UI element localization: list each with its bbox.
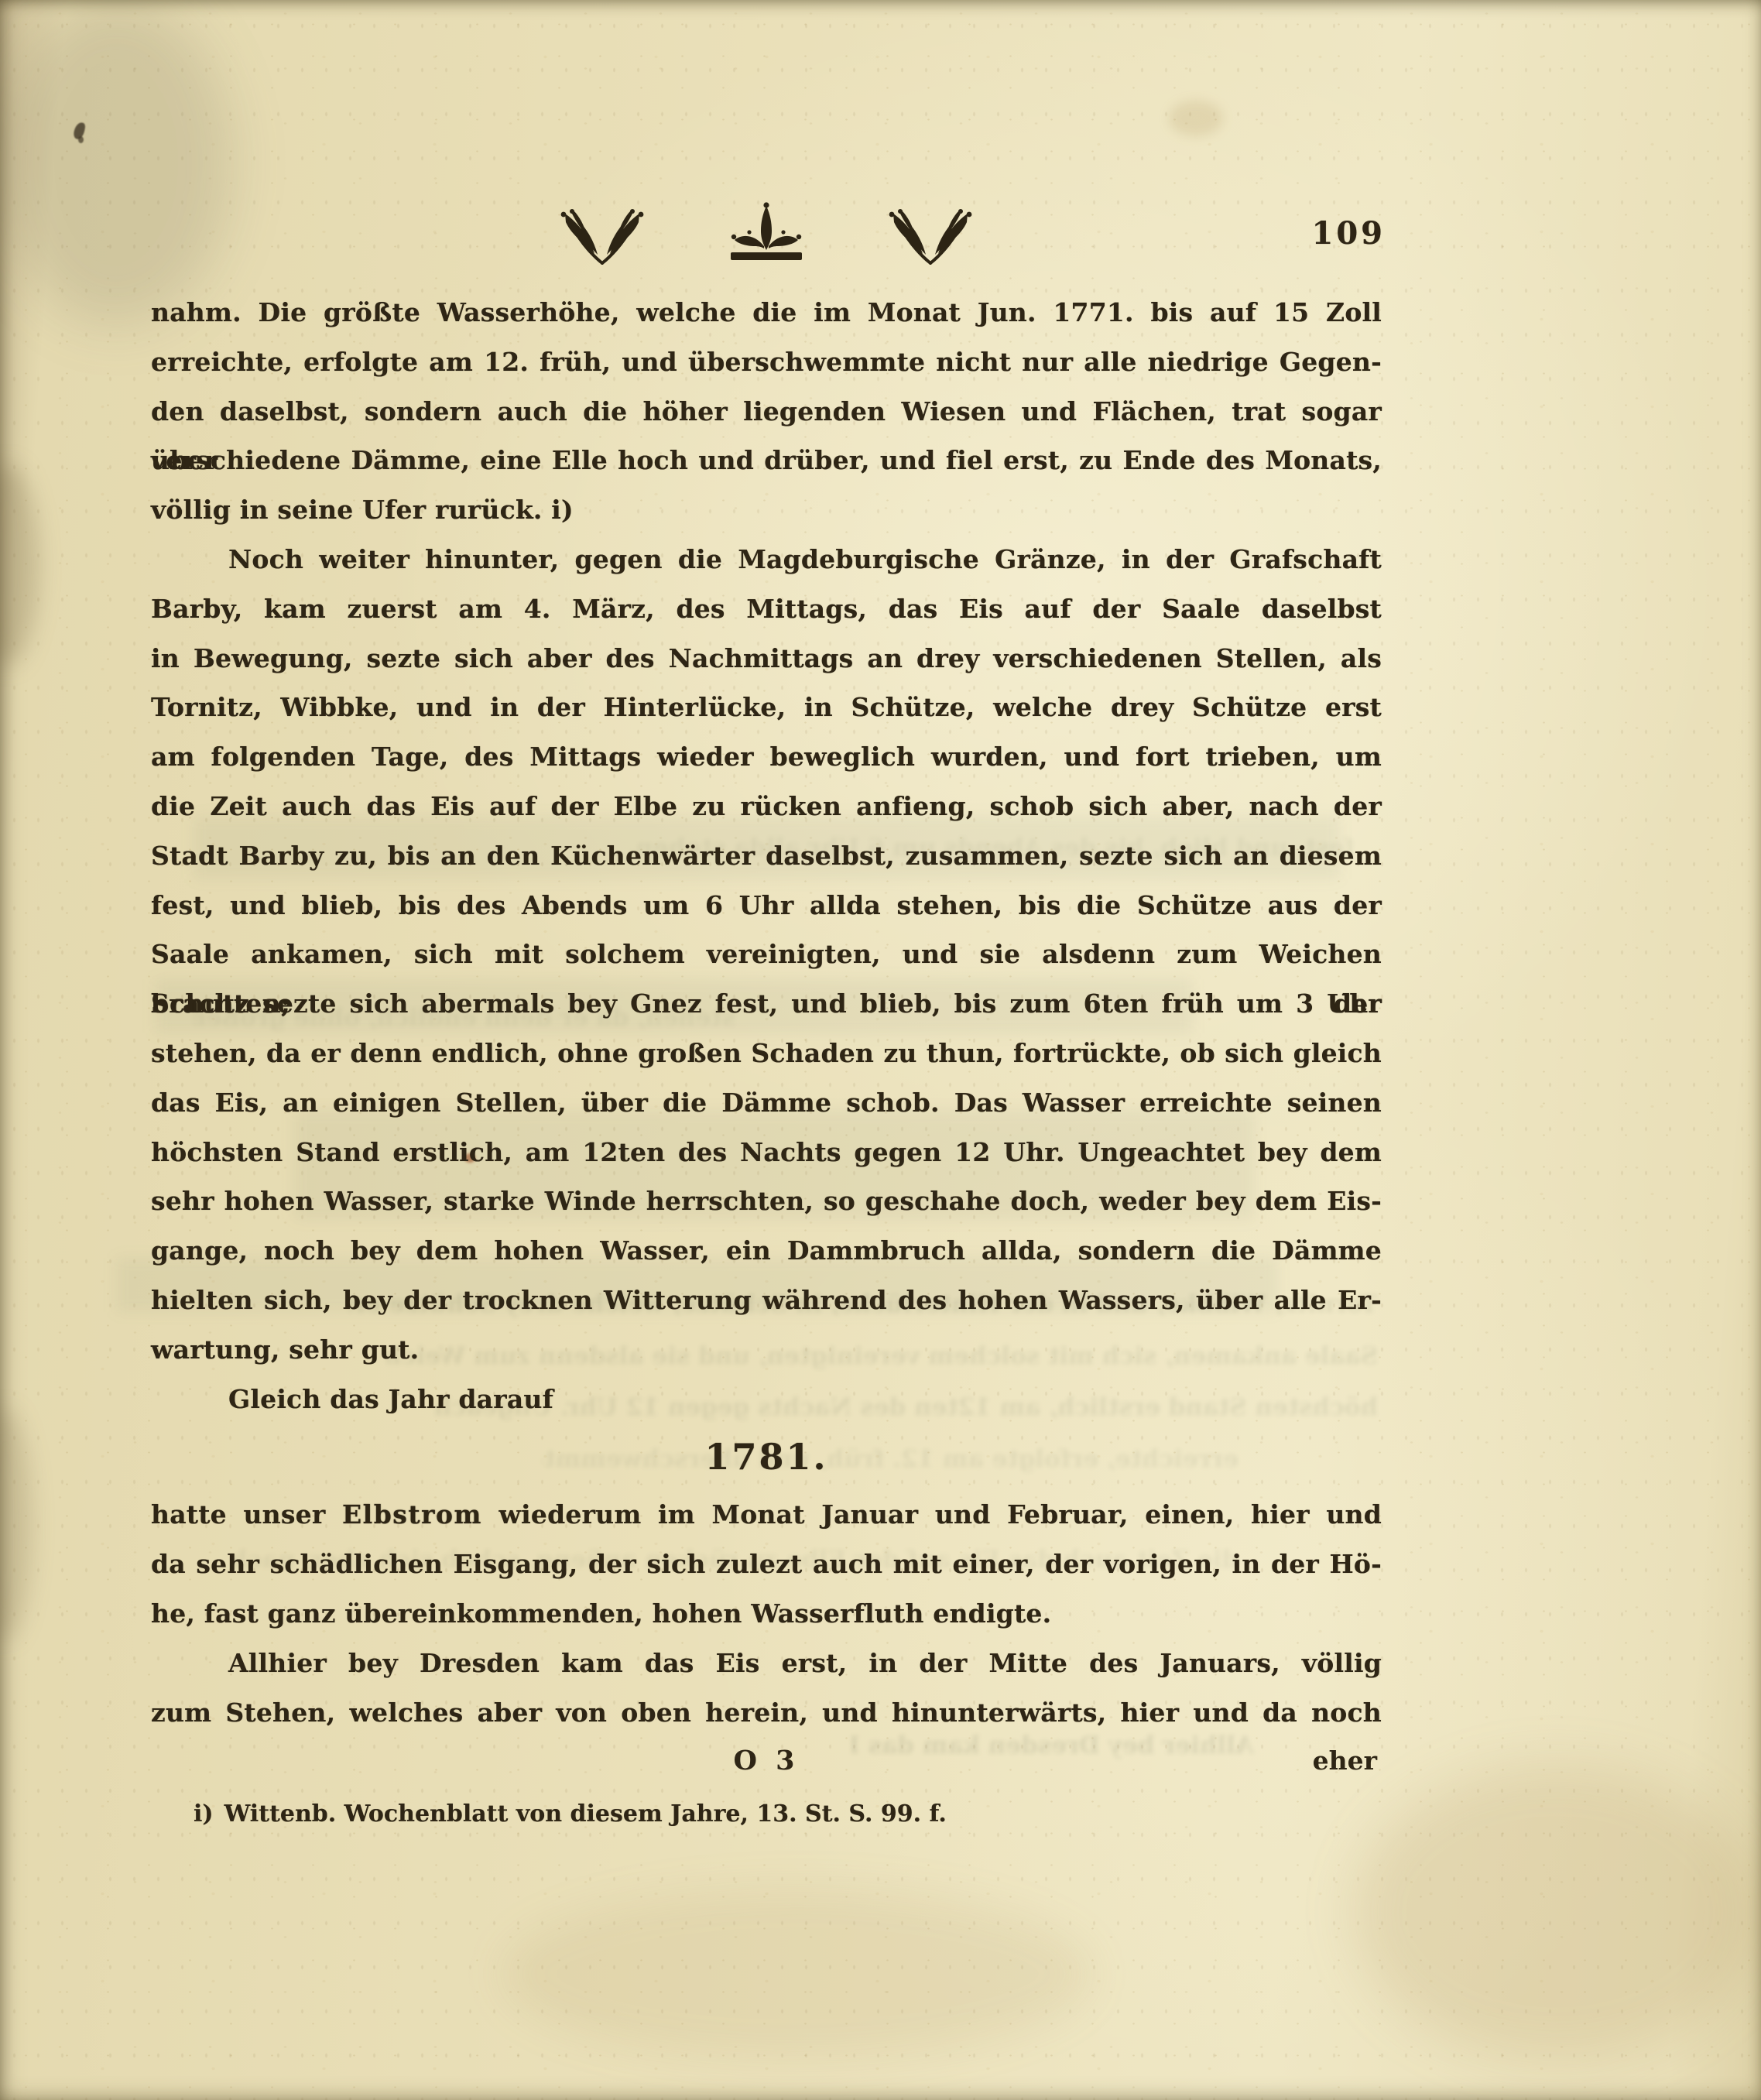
text-line: höchsten Stand erstlich, am 12ten des Na…	[151, 1128, 1382, 1177]
leaf-sprig-fleuron-icon	[548, 209, 656, 265]
margin-ink-mark	[78, 136, 84, 143]
text-line: Allhier bey Dresden kam das Eis erst, in…	[151, 1639, 1382, 1688]
text-line: stehen, da er denn endlich, ohne großen …	[151, 1029, 1382, 1078]
text-line: Gleich das Jahr darauf	[151, 1375, 1382, 1424]
text-line: nahm. Die größte Wasserhöhe, welche die …	[151, 288, 1382, 337]
paper-stain	[1169, 101, 1223, 136]
footnote-marker: i)	[194, 1800, 214, 1828]
paper-stain	[0, 1409, 33, 1641]
paper-stain	[1355, 1765, 1757, 2059]
page-number: 109	[1239, 215, 1386, 252]
text-line: Schutz sezte sich abermals bey Gnez fest…	[151, 979, 1382, 1029]
text-line: erreichte, erfolgte am 12. früh, und übe…	[151, 337, 1382, 387]
text-line: hielten sich, bey der trocknen Witterung…	[151, 1276, 1382, 1325]
leaf-sprig-fleuron-icon	[876, 209, 985, 265]
paper-stain	[0, 0, 232, 325]
margin-ink-mark	[73, 122, 86, 140]
text-line: am folgenden Tage, des Mittags wieder be…	[151, 732, 1382, 782]
paper-stain	[0, 464, 39, 666]
text-line: völlig in seine Ufer rurück. i)	[151, 485, 1382, 535]
text-line: den daselbst, sondern auch die höher lie…	[151, 387, 1382, 437]
text-line: Saale ankamen, sich mit solchem vereinig…	[151, 930, 1382, 979]
footnote-text: Wittenb. Wochenblatt von diesem Jahre, 1…	[224, 1800, 947, 1828]
text-line: wartung, sehr gut.	[151, 1325, 1382, 1375]
text-line: die Zeit auch das Eis auf der Elbe zu rü…	[151, 782, 1382, 831]
text-segment: hatte unser	[151, 1499, 342, 1530]
paper-stain	[503, 1889, 1091, 2059]
header-ornament-row	[151, 200, 1382, 265]
text-line: gange, noch bey dem hohen Wasser, ein Da…	[151, 1226, 1382, 1276]
text-line: in Bewegung, sezte sich aber des Nachmit…	[151, 634, 1382, 683]
river-name-bold: Elbstrom	[342, 1499, 482, 1530]
signature-mark: O 3	[151, 1737, 1382, 1785]
section-heading-year: 1781.	[151, 1423, 1382, 1490]
text-line: da sehr schädlichen Eisgang, der sich zu…	[151, 1540, 1382, 1589]
text-line: sehr hohen Wasser, starke Winde herrscht…	[151, 1177, 1382, 1226]
footnote: i)Wittenb. Wochenblatt von diesem Jahre,…	[151, 1791, 1382, 1838]
scanned-book-page: Tornitz, Wibbke, und in der Hinterlücke,…	[0, 0, 1761, 2100]
text-line: verschiedene Dämme, eine Elle hoch und d…	[151, 436, 1382, 485]
text-line: he, fast ganz übereinkommenden, hohen Wa…	[151, 1589, 1382, 1639]
text-line: Tornitz, Wibbke, und in der Hinterlücke,…	[151, 683, 1382, 732]
text-line: Noch weiter hinunter, gegen die Magdebur…	[151, 535, 1382, 584]
catchword: eher	[1313, 1737, 1377, 1785]
text-line: fest, und blieb, bis des Abends um 6 Uhr…	[151, 881, 1382, 930]
signature-row: O 3 eher	[151, 1737, 1382, 1785]
text-line: das Eis, an einigen Stellen, über die Dä…	[151, 1078, 1382, 1128]
text-line: Barby, kam zuerst am 4. März, des Mittag…	[151, 584, 1382, 634]
crown-fleuron-icon	[726, 201, 807, 265]
text-block: nahm. Die größte Wasserhöhe, welche die …	[151, 288, 1382, 1838]
text-segment: wiederum im Monat Januar und Februar, ei…	[482, 1499, 1382, 1530]
text-line: hatte unser Elbstrom wiederum im Monat J…	[151, 1490, 1382, 1540]
text-line: Stadt Barby zu, bis an den Küchenwärter …	[151, 831, 1382, 881]
text-line: zum Stehen, welches aber von oben herein…	[151, 1688, 1382, 1738]
